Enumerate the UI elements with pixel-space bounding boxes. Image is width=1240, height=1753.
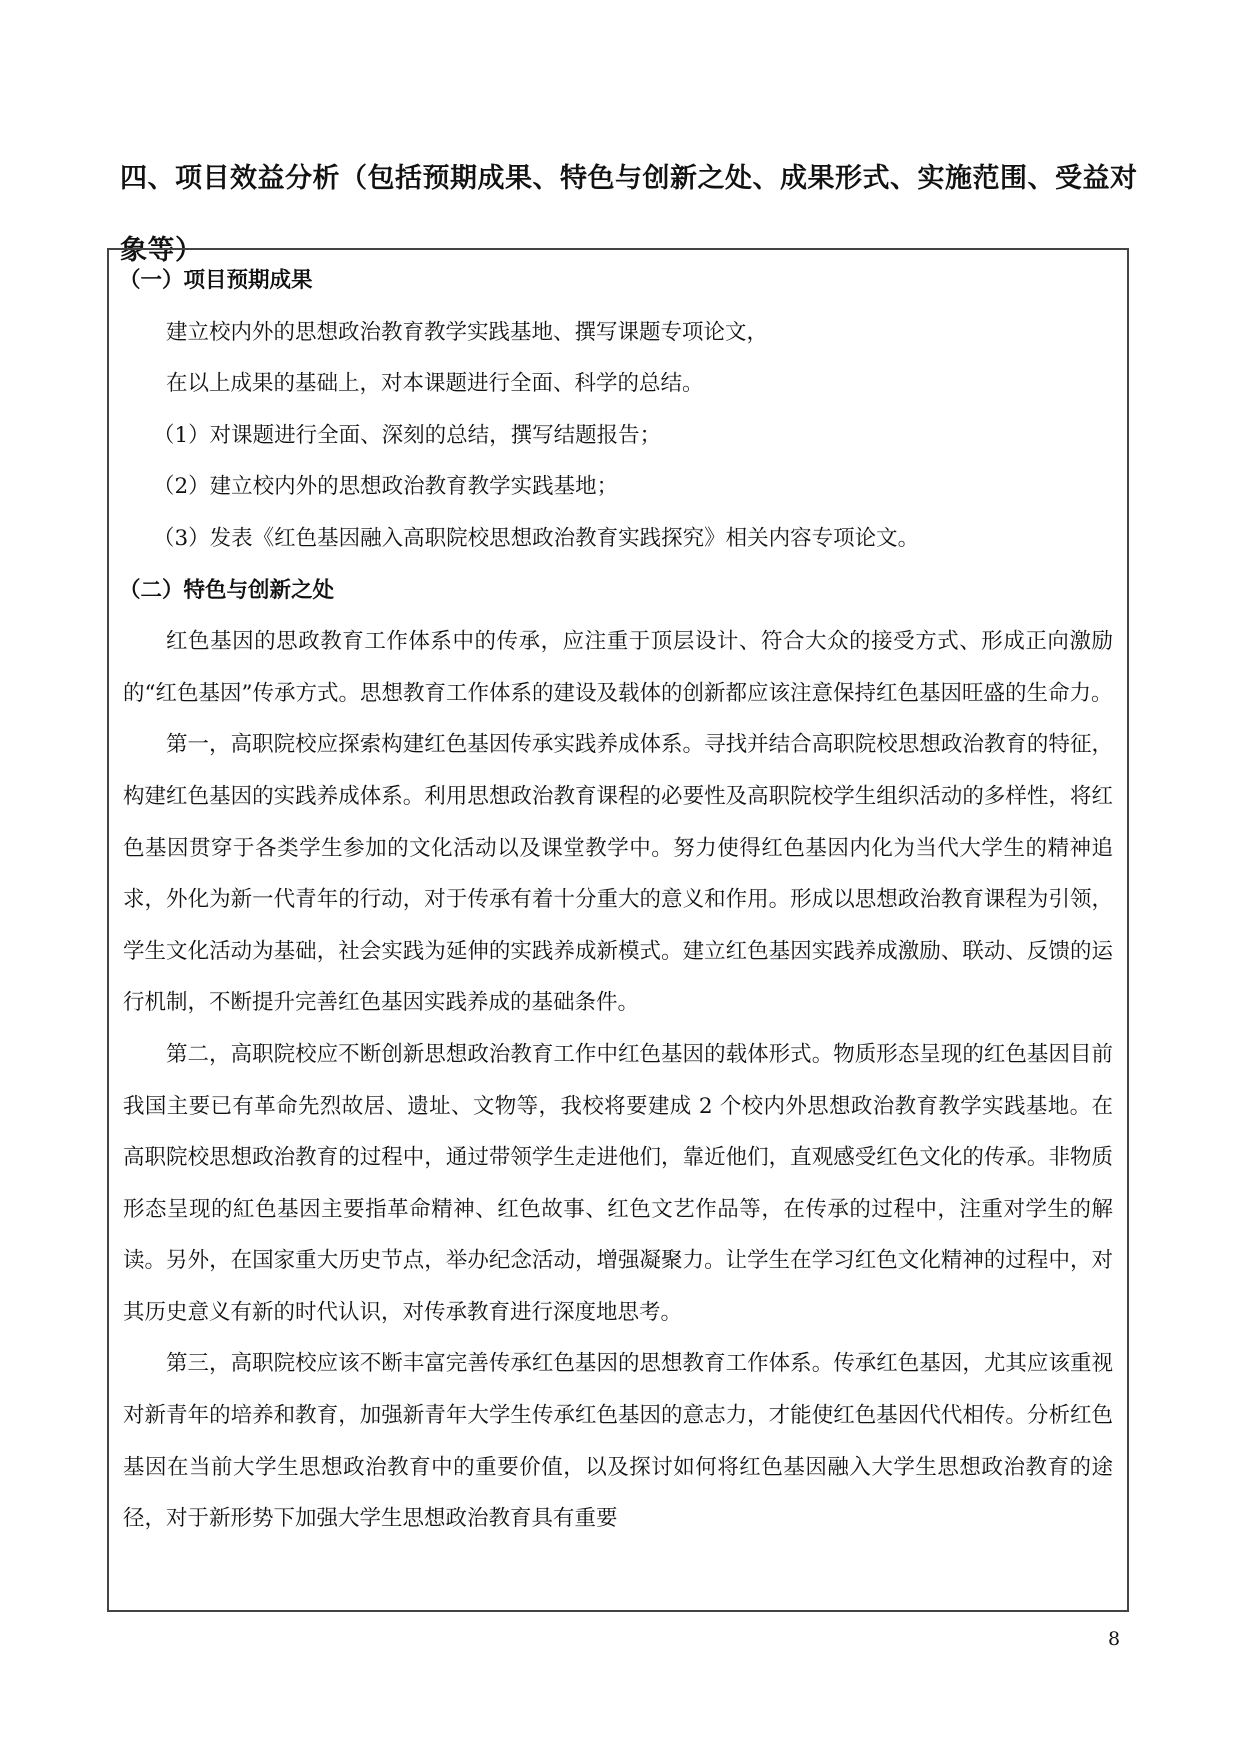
list-item: （3）发表《红色基因融入高职院校思想政治教育实践探究》相关内容专项论文。 — [123, 513, 1113, 565]
paragraph: 第一，高职院校应探索构建红色基因传承实践养成体系。寻找并结合高职院校思想政治教育… — [123, 719, 1113, 1029]
paragraph: 红色基因的思政教育工作体系中的传承，应注重于顶层设计、符合大众的接受方式、形成正… — [123, 616, 1113, 719]
paragraph: 第二，高职院校应不断创新思想政治教育工作中红色基因的载体形式。物质形态呈现的红色… — [123, 1029, 1113, 1339]
paragraph: 第三，高职院校应该不断丰富完善传承红色基因的思想教育工作体系。传承红色基因，尤其… — [123, 1338, 1113, 1544]
list-item: （2）建立校内外的思想政治教育教学实践基地； — [123, 461, 1113, 513]
list-item: （1）对课题进行全面、深刻的总结，撰写结题报告； — [123, 410, 1113, 462]
paragraph: 建立校内外的思想政治教育教学实践基地、撰写课题专项论文， — [123, 307, 1113, 359]
content-body: （一）项目预期成果 建立校内外的思想政治教育教学实践基地、撰写课题专项论文， 在… — [123, 255, 1113, 1545]
subsection-title-expected-results: （一）项目预期成果 — [119, 255, 1113, 307]
page-number: 8 — [1108, 1627, 1120, 1651]
paragraph: 在以上成果的基础上，对本课题进行全面、科学的总结。 — [123, 358, 1113, 410]
content-table-cell: （一）项目预期成果 建立校内外的思想政治教育教学实践基地、撰写课题专项论文， 在… — [107, 248, 1129, 1612]
subsection-title-features-innovation: （二）特色与创新之处 — [119, 565, 1113, 617]
